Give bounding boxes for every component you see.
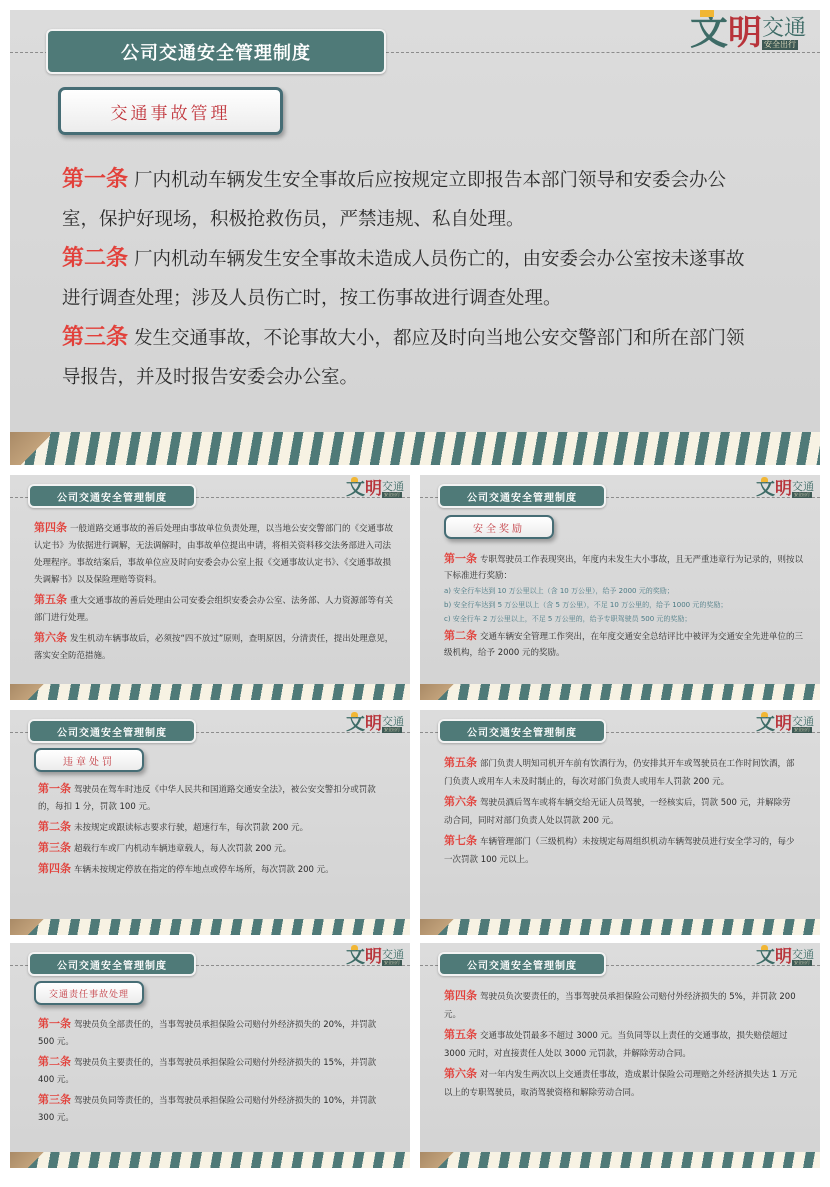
reward-item: a) 安全行车达到 10 万公里以上（含 10 万公里），给予 2000 元的奖… xyxy=(444,584,804,598)
article-list: 第一条驾驶员负全部责任的，当事驾驶员承担保险公司赔付外经济损失的 20%，并罚款… xyxy=(38,1015,388,1127)
article: 第二条驾驶员负主要责任的，当事驾驶员承担保险公司赔付外经济损失的 15%，并罚款… xyxy=(38,1053,388,1089)
umbrella-lamp-icon xyxy=(761,945,768,950)
article-list: 第四条驾驶员负次要责任的，当事驾驶员承担保险公司赔付外经济损失的 5%，并罚款 … xyxy=(444,987,799,1102)
slide-accident-management: 公司交通安全管理制度 文 明 交通 安全出行 交通事故管理 第一条厂内机动车辆发… xyxy=(10,10,820,465)
article-list: 第一条厂内机动车辆发生安全事故后应按规定立即报告本部门领导和安委会办公室，保护好… xyxy=(62,160,752,397)
logo-wen: 文 xyxy=(690,12,728,50)
crosswalk-stripes xyxy=(10,919,410,935)
article: 第二条厂内机动车辆发生安全事故未造成人员伤亡的，由安委会办公室按未遂事故进行调查… xyxy=(62,239,752,318)
page-title: 公司交通安全管理制度 xyxy=(438,719,606,743)
slide-liability-accidents-cont: 公司交通安全管理制度 文 明 交通安全出行 第四条驾驶员负次要责任的，当事驾驶员… xyxy=(420,943,820,1168)
article: 第四条车辆未按规定停放在指定的停车地点或停车场所，每次罚款 200 元。 xyxy=(38,860,388,879)
article: 第四条驾驶员负次要责任的，当事驾驶员承担保险公司赔付外经济损失的 5%，并罚款 … xyxy=(444,987,799,1024)
article: 第四条一般道路交通事故的善后处理由事故单位负责处理，以当地公安交警部门的《交通事… xyxy=(34,519,394,589)
article: 第六条对一年内发生两次以上交通责任事故，造成累计保险公司理赔之外经济损失达 1 … xyxy=(444,1065,799,1102)
article: 第一条驾驶员在驾车时违反《中华人民共和国道路交通安全法》，被公安交警扣分或罚款的… xyxy=(38,780,388,816)
logo-civilized-traffic: 文 明 交通安全出行 xyxy=(756,479,814,498)
logo-civilized-traffic: 文 明 交通安全出行 xyxy=(346,947,404,966)
article: 第一条厂内机动车辆发生安全事故后应按规定立即报告本部门领导和安委会办公室，保护好… xyxy=(62,160,752,239)
section-subtitle: 违章处罚 xyxy=(34,748,144,772)
umbrella-lamp-icon xyxy=(761,477,768,482)
section-subtitle: 安全奖励 xyxy=(444,515,554,539)
article: 第七条车辆管理部门（三级机构）未按规定每周组织机动车辆驾驶员进行安全学习的，每少… xyxy=(444,832,799,869)
article-text: 发生交通事故，不论事故大小，都应及时向当地公安交警部门和所在部门领导报告，并及时… xyxy=(62,328,745,388)
article: 第三条超载行车或厂内机动车辆违章载人，每人次罚款 200 元。 xyxy=(38,839,388,858)
article: 第六条发生机动车辆事故后，必须按“四不放过”原则，查明原因，分清责任，提出处理意… xyxy=(34,629,394,665)
reward-item: b) 安全行车达到 5 万公里以上（含 5 万公里），不足 10 万公里的，给予… xyxy=(444,598,804,612)
article: 第二条交通车辆安全管理工作突出，在年度交通安全总结评比中被评为交通安全先进单位的… xyxy=(444,628,804,661)
umbrella-lamp-icon xyxy=(351,712,358,717)
crosswalk-stripes xyxy=(10,1152,410,1168)
page-title: 公司交通安全管理制度 xyxy=(28,719,196,743)
article-list: 第一条驾驶员在驾车时违反《中华人民共和国道路交通安全法》，被公安交警扣分或罚款的… xyxy=(38,780,388,879)
article: 第五条交通事故处罚最多不超过 3000 元。当负同等以上责任的交通事故，损失赔偿… xyxy=(444,1026,799,1063)
article: 第二条未按规定或跟读标志要求行驶，超速行车，每次罚款 200 元。 xyxy=(38,818,388,837)
article-list: 第一条专职驾驶员工作表现突出，年度内未发生大小事故，且无严重违章行为记录的，则按… xyxy=(444,551,804,661)
article-label: 第一条 xyxy=(62,167,128,192)
logo-tagline: 安全出行 xyxy=(762,40,798,50)
section-subtitle: 交通责任事故处理 xyxy=(34,981,144,1005)
slide-liability-accidents: 公司交通安全管理制度 文 明 交通安全出行 交通责任事故处理 第一条驾驶员负全部… xyxy=(10,943,410,1168)
logo-civilized-traffic: 文 明 交通 安全出行 xyxy=(690,12,806,50)
logo-jiaotong: 交通 xyxy=(762,18,806,40)
article-list: 第五条部门负责人明知司机开车前有饮酒行为，仍安排其开车或驾驶员在工作时间饮酒，部… xyxy=(444,754,799,869)
logo-ming: 明 xyxy=(728,16,762,50)
article: 第一条驾驶员负全部责任的，当事驾驶员承担保险公司赔付外经济损失的 20%，并罚款… xyxy=(38,1015,388,1051)
article-label: 第二条 xyxy=(62,246,128,271)
slide-violation-penalties: 公司交通安全管理制度 文 明 交通安全出行 违章处罚 第一条驾驶员在驾车时违反《… xyxy=(10,710,410,935)
article: 第三条发生交通事故，不论事故大小，都应及时向当地公安交警部门和所在部门领导报告，… xyxy=(62,318,752,397)
umbrella-lamp-icon xyxy=(351,945,358,950)
article-label: 第三条 xyxy=(62,325,128,350)
page-title: 公司交通安全管理制度 xyxy=(46,29,386,74)
article: 第三条驾驶员负同等责任的，当事驾驶员承担保险公司赔付外经济损失的 10%，并罚款… xyxy=(38,1091,388,1127)
page-title: 公司交通安全管理制度 xyxy=(28,484,196,508)
section-subtitle: 交通事故管理 xyxy=(58,87,283,135)
logo-civilized-traffic: 文 明 交通安全出行 xyxy=(346,479,404,498)
logo-civilized-traffic: 文 明 交通安全出行 xyxy=(346,714,404,733)
crosswalk-stripes xyxy=(420,684,820,700)
umbrella-lamp-icon xyxy=(700,10,714,17)
slide-safety-rewards: 公司交通安全管理制度 文 明 交通安全出行 安全奖励 第一条专职驾驶员工作表现突… xyxy=(420,475,820,700)
umbrella-lamp-icon xyxy=(761,712,768,717)
article: 第六条驾驶员酒后驾车或将车辆交给无证人员驾驶，一经核实后，罚款 500 元，并解… xyxy=(444,793,799,830)
crosswalk-stripes xyxy=(420,1152,820,1168)
article: 第五条部门负责人明知司机开车前有饮酒行为，仍安排其开车或驾驶员在工作时间饮酒，部… xyxy=(444,754,799,791)
umbrella-lamp-icon xyxy=(351,477,358,482)
reward-item: c) 安全行车 2 万公里以上，不足 5 万公里的，给予专职驾驶员 500 元的… xyxy=(444,612,804,626)
page-title: 公司交通安全管理制度 xyxy=(438,952,606,976)
logo-civilized-traffic: 文 明 交通安全出行 xyxy=(756,947,814,966)
article-text: 厂内机动车辆发生安全事故后应按规定立即报告本部门领导和安委会办公室，保护好现场，… xyxy=(62,170,726,230)
article-list: 第四条一般道路交通事故的善后处理由事故单位负责处理，以当地公安交警部门的《交通事… xyxy=(34,519,394,665)
slide-accident-aftermath: 公司交通安全管理制度 文 明 交通安全出行 第四条一般道路交通事故的善后处理由事… xyxy=(10,475,410,700)
article-text: 厂内机动车辆发生安全事故未造成人员伤亡的，由安委会办公室按未遂事故进行调查处理；… xyxy=(62,249,745,309)
crosswalk-stripes xyxy=(10,684,410,700)
page-title: 公司交通安全管理制度 xyxy=(28,952,196,976)
article: 第五条重大交通事故的善后处理由公司安委会组织安委会办公室、法务部、人力资源部等有… xyxy=(34,591,394,627)
logo-civilized-traffic: 文 明 交通安全出行 xyxy=(756,714,814,733)
page-title: 公司交通安全管理制度 xyxy=(438,484,606,508)
article: 第一条专职驾驶员工作表现突出，年度内未发生大小事故，且无严重违章行为记录的，则按… xyxy=(444,551,804,584)
slide-violation-penalties-cont: 公司交通安全管理制度 文 明 交通安全出行 第五条部门负责人明知司机开车前有饮酒… xyxy=(420,710,820,935)
crosswalk-stripes xyxy=(10,432,820,465)
crosswalk-stripes xyxy=(420,919,820,935)
